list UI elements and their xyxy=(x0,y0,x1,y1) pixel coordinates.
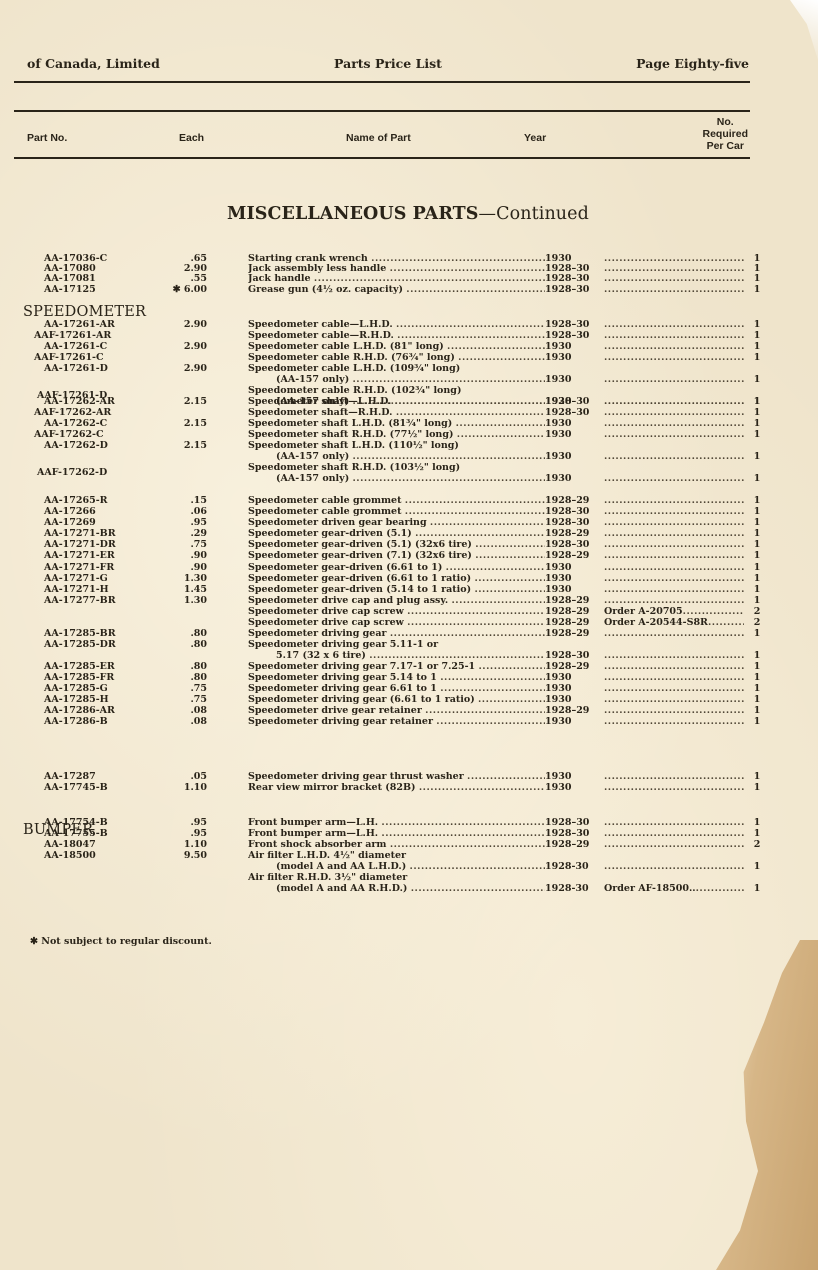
leader-dots: ........................................… xyxy=(430,518,545,528)
leader-dots: ........................................… xyxy=(604,254,744,264)
year: 1928–29 xyxy=(545,629,589,640)
table-row: AA-17285-DR.80Speedometer driving gear 5… xyxy=(0,640,818,651)
table-row: AA-17271-DR.75Speedometer gear-driven (5… xyxy=(0,540,818,551)
table-row: AA-17286-AR.08Speedometer drive gear ret… xyxy=(0,706,818,717)
order-note: ........................................… xyxy=(604,274,744,285)
order-note: ........................................… xyxy=(604,419,744,430)
leader-dots: ........................................… xyxy=(474,585,545,595)
leader-dots: ........................................… xyxy=(604,397,744,407)
rule-top xyxy=(14,81,750,83)
price-each: .90 xyxy=(165,551,207,562)
table-row: AA-17285-G.75Speedometer driving gear 6.… xyxy=(0,684,818,695)
leader-dots: ........................................… xyxy=(604,496,744,506)
year: 1930 xyxy=(545,783,571,794)
order-note: ........................................… xyxy=(604,596,744,607)
year: 1928-30 xyxy=(545,862,589,873)
order-note: ........................................… xyxy=(604,695,744,706)
leader-dots: ........................................… xyxy=(604,285,744,295)
part-name: Front bumper arm—L.H. xyxy=(248,829,378,839)
leader-dots: ........................................… xyxy=(371,254,545,264)
part-name: Jack assembly less handle xyxy=(248,264,386,274)
year: 1930 xyxy=(545,430,571,441)
part-name-cell: Speedometer driven gear bearing ........… xyxy=(248,518,545,529)
leader-dots: ........................................… xyxy=(369,651,545,661)
order-note: ........................................… xyxy=(604,706,744,717)
part-number: AA-17277-BR xyxy=(44,596,116,607)
leader-dots: ........................................… xyxy=(314,274,545,284)
part-name: Speedometer cable R.H.D. (102¾" long) xyxy=(248,386,545,397)
part-name: Speedometer gear-driven (5.14 to 1 ratio… xyxy=(248,585,471,595)
part-name-cell: Speedometer shaft—L.H.D. ...............… xyxy=(248,397,545,408)
table-row: AA-17265-R.15Speedometer cable grommet .… xyxy=(0,496,818,507)
table-row: AA-17277-BR1.30Speedometer drive cap and… xyxy=(0,596,818,607)
quantity-required: 1 xyxy=(752,430,762,441)
quantity-required: 1 xyxy=(752,862,762,873)
table-row: AAF-17261-ARSpeedometer cable—R.H.D. ...… xyxy=(0,331,818,342)
leader-dots: ........................................… xyxy=(381,829,545,839)
part-name: Speedometer drive gear retainer xyxy=(248,706,422,716)
leader-dots: ........................................… xyxy=(604,673,744,683)
leader-dots: ........................................… xyxy=(604,840,744,850)
part-name: Rear view mirror bracket (82B) xyxy=(248,783,416,793)
table-row: AA-17271-G1.30Speedometer gear-driven (6… xyxy=(0,574,818,585)
order-note: ........................................… xyxy=(604,862,744,873)
table-row: AA-17262-D2.15Speedometer shaft L.H.D. (… xyxy=(0,441,818,452)
leader-dots: ........................................… xyxy=(604,452,744,462)
part-name: Speedometer cable grommet xyxy=(248,496,401,506)
leader-dots: ........................................… xyxy=(390,629,545,639)
part-name: Speedometer cable L.H.D. (109¾" long) xyxy=(248,364,545,375)
part-name-cell: Speedometer cable R.H.D. (76¾" long) ...… xyxy=(248,353,545,364)
part-name-cell: Speedometer driving gear 6.61 to 1 .....… xyxy=(248,684,545,695)
table-row: AA-17285-H.75Speedometer driving gear (6… xyxy=(0,695,818,706)
order-note: Order A-20705...........................… xyxy=(604,607,744,618)
leader-dots: ........................................… xyxy=(353,452,546,462)
part-name: Speedometer driving gear 6.61 to 1 xyxy=(248,684,437,694)
part-name: Speedometer shaft L.H.D. (110½" long) xyxy=(248,441,545,452)
leader-dots: ........................................… xyxy=(447,342,545,352)
order-note: ........................................… xyxy=(604,331,744,342)
leader-dots: ........................................… xyxy=(396,408,545,418)
table-row: AA-17285-BR.80Speedometer driving gear .… xyxy=(0,629,818,640)
order-note: ........................................… xyxy=(604,829,744,840)
part-name-cell: Speedometer cable grommet ..............… xyxy=(248,496,545,507)
leader-dots: ........................................… xyxy=(396,320,545,330)
part-name-cell: Speedometer cable—R.H.D. ...............… xyxy=(248,331,545,342)
table-row: AAF-17261-CSpeedometer cable R.H.D. (76¾… xyxy=(0,353,818,364)
price-each: 2.90 xyxy=(165,320,207,331)
column-header-name: Name of Part xyxy=(346,132,411,144)
table-row: AA-17271-ER.90Speedometer gear-driven (7… xyxy=(0,551,818,562)
column-header-part-no: Part No. xyxy=(27,132,67,144)
leader-dots: ........................................… xyxy=(604,717,744,727)
part-name: Speedometer drive cap screw xyxy=(248,607,404,617)
part-name-cell: Speedometer driving gear 7.17-1 or 7.25-… xyxy=(248,662,545,673)
part-name-cell: Speedometer cable—L.H.D. ...............… xyxy=(248,320,545,331)
order-note: ........................................… xyxy=(604,430,744,441)
leader-dots: ........................................… xyxy=(475,540,545,550)
leader-dots: ........................................… xyxy=(456,419,545,429)
leader-dots: ........................................… xyxy=(406,285,545,295)
table-row: AA-17269.95Speedometer driven gear beari… xyxy=(0,518,818,529)
footnote: ✱ Not subject to regular discount. xyxy=(30,936,212,947)
leader-dots: ........................................… xyxy=(604,518,744,528)
part-name-cell: Jack handle ............................… xyxy=(248,274,545,285)
part-name: Jack handle xyxy=(248,274,311,284)
part-name: Grease gun (4½ oz. capacity) xyxy=(248,285,403,295)
table-row: AAF-17262-CSpeedometer shaft R.H.D. (77½… xyxy=(0,430,818,441)
part-name: Speedometer shaft—L.H.D. xyxy=(248,397,391,407)
part-name-cell: Speedometer drive cap screw ............… xyxy=(248,618,545,629)
part-name: Speedometer driving gear (6.61 to 1 rati… xyxy=(248,695,475,705)
quantity-required: 2 xyxy=(752,840,762,851)
leader-dots: ........................................… xyxy=(425,706,545,716)
leader-dots: ........................................… xyxy=(604,540,744,550)
part-name-line2: (AA-157 only) xyxy=(276,452,349,462)
part-name-cell: Speedometer driving gear thrust washer .… xyxy=(248,772,545,783)
part-name-cell: Speedometer cable L.H.D. (81" long) ....… xyxy=(248,342,545,353)
order-note: ........................................… xyxy=(604,496,744,507)
leader-dots: ........................................… xyxy=(604,829,744,839)
leader-dots: ........................................… xyxy=(407,618,545,628)
part-name: Speedometer cable L.H.D. (81" long) xyxy=(248,342,444,352)
year: 1928–29 xyxy=(545,840,589,851)
order-note: ........................................… xyxy=(604,840,744,851)
quantity-required: 1 xyxy=(752,783,762,794)
order-note: Order A-20544-S8R.......................… xyxy=(604,618,744,629)
part-name: Speedometer driving gear 7.17-1 or 7.25-… xyxy=(248,662,475,672)
part-number: AA-17125 xyxy=(44,285,96,296)
part-name-cell: Front bumper arm—L.H. ..................… xyxy=(248,818,545,829)
table-row: AA-17271-FR.90Speedometer gear-driven (6… xyxy=(0,563,818,574)
order-note-text: Order A-20705 xyxy=(604,607,683,617)
part-name-continued: 5.17 (32 x 6 tire) .....................… xyxy=(276,651,545,662)
leader-dots: ........................................… xyxy=(397,331,545,341)
quantity-required: 1 xyxy=(752,629,762,640)
section-title-continued: —Continued xyxy=(479,204,589,224)
leader-dots: ........................................… xyxy=(604,684,744,694)
leader-dots: ........................................… xyxy=(683,607,744,617)
leader-dots: ........................................… xyxy=(436,717,545,727)
price-each: 2.90 xyxy=(165,342,207,353)
rule-header-bottom xyxy=(14,157,750,159)
year: 1930 xyxy=(545,353,571,364)
part-name: Speedometer driven gear bearing xyxy=(248,518,427,528)
table-row: AA-17287.05Speedometer driving gear thru… xyxy=(0,772,818,783)
part-name-continued: (model A and AA L.H.D.) ................… xyxy=(276,862,545,873)
column-headers: Part No. Each Name of Part Year No. Requ… xyxy=(14,112,750,154)
part-name-line2: (AA-157 only) xyxy=(276,375,349,385)
table-row: Speedometer drive cap screw ............… xyxy=(0,618,818,629)
leader-dots: ........................................… xyxy=(604,651,744,661)
part-name-line2: 5.17 (32 x 6 tire) xyxy=(276,651,366,661)
part-name-cell: Rear view mirror bracket (82B) .........… xyxy=(248,783,545,794)
part-name-cell: Speedometer drive cap and plug assy. ...… xyxy=(248,596,545,607)
part-name: Speedometer shaft L.H.D. (81¾" long) xyxy=(248,419,452,429)
part-name: Speedometer gear-driven (7.1) (32x6 tire… xyxy=(248,551,472,561)
quantity-required: 1 xyxy=(752,285,762,296)
order-note: ........................................… xyxy=(604,518,744,529)
year: 1930 xyxy=(545,474,571,485)
leader-dots: ........................................… xyxy=(390,840,545,850)
part-name: Speedometer cable R.H.D. (76¾" long) xyxy=(248,353,455,363)
leader-dots: ........................................… xyxy=(395,397,545,407)
part-name: Speedometer cable grommet xyxy=(248,507,401,517)
order-note: ........................................… xyxy=(604,397,744,408)
order-note: ........................................… xyxy=(604,529,744,540)
leader-dots: ........................................… xyxy=(604,507,744,517)
leader-dots: ........................................… xyxy=(604,862,744,872)
part-name: Speedometer gear-driven (6.61 to 1) xyxy=(248,563,442,573)
leader-dots: ........................................… xyxy=(446,563,545,573)
table-row: AA-17271-BR.29Speedometer gear-driven (5… xyxy=(0,529,818,540)
table-row: AA-185009.50Air filter L.H.D. 4½" diamet… xyxy=(0,851,818,862)
table-row: AA-17285-ER.80Speedometer driving gear 7… xyxy=(0,662,818,673)
leader-dots: ........................................… xyxy=(604,353,744,363)
column-header-each: Each xyxy=(179,132,204,144)
leader-dots: ........................................… xyxy=(604,430,744,440)
leader-dots: ........................................… xyxy=(419,783,545,793)
part-number: AA-17745-B xyxy=(44,783,108,794)
price-each: 1.30 xyxy=(165,596,207,607)
leader-dots: ........................................… xyxy=(415,529,545,539)
subhead-speedometer: SPEEDOMETER xyxy=(23,304,146,320)
column-header-year: Year xyxy=(524,132,546,144)
table-row: AA-17261-D2.90Speedometer cable L.H.D. (… xyxy=(0,364,818,375)
part-number: AA-18500 xyxy=(44,851,96,862)
part-name-cell: Speedometer cable grommet ..............… xyxy=(248,507,545,518)
section-title: MISCELLANEOUS PARTS—Continued xyxy=(40,204,776,224)
order-note: ........................................… xyxy=(604,474,744,485)
table-row: AA-17125✱ 6.00Grease gun (4½ oz. capacit… xyxy=(0,285,818,296)
part-name: Speedometer shaft R.H.D. (103½" long) xyxy=(248,463,545,474)
leader-dots: ........................................… xyxy=(696,884,744,894)
table-row: AA-17755-B.95Front bumper arm—L.H. .....… xyxy=(0,829,818,840)
part-name: Speedometer driving gear 5.11-1 or xyxy=(248,640,545,651)
leader-dots: ........................................… xyxy=(467,772,545,782)
part-name: Speedometer shaft—R.H.D. xyxy=(248,408,393,418)
part-name-cell: Speedometer shaft L.H.D. (81¾" long) ...… xyxy=(248,419,545,430)
section-title-main: MISCELLANEOUS PARTS xyxy=(227,204,478,224)
order-note: ........................................… xyxy=(604,551,744,562)
price-each: 2.15 xyxy=(165,419,207,430)
price-each: .08 xyxy=(165,717,207,728)
leader-dots: ........................................… xyxy=(405,496,545,506)
price-each: 2.15 xyxy=(165,441,207,452)
order-note: ........................................… xyxy=(604,717,744,728)
leader-dots: ........................................… xyxy=(604,375,744,385)
leader-dots: ........................................… xyxy=(440,684,545,694)
leader-dots: ........................................… xyxy=(604,662,744,672)
part-number: AAF-17262-D xyxy=(37,468,107,479)
part-name-continued: (model A and AA R.H.D.) ................… xyxy=(276,884,545,895)
leader-dots: ........................................… xyxy=(604,574,744,584)
part-name-cell: Speedometer driving gear 5.14 to 1 .....… xyxy=(248,673,545,684)
leader-dots: ........................................… xyxy=(478,695,545,705)
part-name-cell: Grease gun (4½ oz. capacity) ...........… xyxy=(248,285,545,296)
year: 1928–29 xyxy=(545,551,589,562)
order-note: ........................................… xyxy=(604,342,744,353)
part-name-cell: Speedometer driving gear ...............… xyxy=(248,629,545,640)
leader-dots: ........................................… xyxy=(604,320,744,330)
order-note: ........................................… xyxy=(604,563,744,574)
order-note: ........................................… xyxy=(604,783,744,794)
table-row: AAF-17261-DSpeedometer cable R.H.D. (102… xyxy=(0,386,818,397)
leader-dots: ........................................… xyxy=(604,274,744,284)
company-name: of Canada, Limited xyxy=(27,56,160,71)
part-name: Speedometer driving gear xyxy=(248,629,387,639)
year: 1930 xyxy=(545,717,571,728)
part-name-continued: (AA-157 only) ..........................… xyxy=(276,452,545,463)
part-name: Speedometer shaft R.H.D. (77½" long) xyxy=(248,430,453,440)
part-name: Speedometer driving gear 5.14 to 1 xyxy=(248,673,437,683)
part-number: AA-17271-ER xyxy=(44,551,115,562)
order-note: ........................................… xyxy=(604,320,744,331)
leader-dots: ........................................… xyxy=(440,673,545,683)
leader-dots: ........................................… xyxy=(604,596,744,606)
table-row: Speedometer drive cap screw ............… xyxy=(0,607,818,618)
leader-dots: ........................................… xyxy=(604,585,744,595)
part-name: Air filter L.H.D. 4½" diameter xyxy=(248,851,545,862)
leader-dots: ........................................… xyxy=(451,596,545,606)
table-row: AAF-17262-DSpeedometer shaft R.H.D. (103… xyxy=(0,463,818,474)
part-name-line2: (model A and AA L.H.D.) xyxy=(276,862,406,872)
part-name: Starting crank wrench xyxy=(248,254,368,264)
leader-dots: ........................................… xyxy=(604,474,744,484)
part-name: Front bumper arm—L.H. xyxy=(248,818,378,828)
part-name: Speedometer cable—R.H.D. xyxy=(248,331,394,341)
leader-dots: ........................................… xyxy=(604,563,744,573)
part-name-line2: (AA-157 only) xyxy=(276,474,349,484)
part-name-cell: Speedometer gear-driven (6.61 to 1) ....… xyxy=(248,563,545,574)
table-row: Air filter R.H.D. 3½" diameter(model A a… xyxy=(0,873,818,884)
part-name-cell: Speedometer shaft—R.H.D. ...............… xyxy=(248,408,545,419)
quantity-required: 1 xyxy=(752,717,762,728)
leader-dots: ........................................… xyxy=(604,629,744,639)
order-note: ........................................… xyxy=(604,540,744,551)
leader-dots: ........................................… xyxy=(604,264,744,274)
quantity-required: 1 xyxy=(752,452,762,463)
part-name-cell: Speedometer shaft R.H.D. (77½" long) ...… xyxy=(248,430,545,441)
leader-dots: ........................................… xyxy=(405,507,545,517)
order-note: ........................................… xyxy=(604,673,744,684)
price-each: 2.90 xyxy=(165,364,207,375)
year: 1930 xyxy=(545,375,571,386)
order-note: ........................................… xyxy=(604,684,744,695)
part-name: Front shock absorber arm xyxy=(248,840,387,850)
part-name-cell: Front shock absorber arm ...............… xyxy=(248,840,545,851)
part-number: AA-17262-D xyxy=(44,441,108,452)
table-row: AAF-17262-ARSpeedometer shaft—R.H.D. ...… xyxy=(0,408,818,419)
order-note: ........................................… xyxy=(604,353,744,364)
table-row: AA-17261-C2.90Speedometer cable L.H.D. (… xyxy=(0,342,818,353)
leader-dots: ........................................… xyxy=(390,264,545,274)
leader-dots: ........................................… xyxy=(411,884,545,894)
leader-dots: ........................................… xyxy=(604,331,744,341)
part-name: Speedometer drive cap screw xyxy=(248,618,404,628)
leader-dots: ........................................… xyxy=(604,342,744,352)
leader-dots: ........................................… xyxy=(604,419,744,429)
leader-dots: ........................................… xyxy=(353,375,546,385)
part-name-continued: (AA-157 only) ..........................… xyxy=(276,474,545,485)
order-note: ........................................… xyxy=(604,507,744,518)
order-note: Order AF-18500..........................… xyxy=(604,884,744,895)
quantity-required: 1 xyxy=(752,551,762,562)
order-note: ........................................… xyxy=(604,452,744,463)
order-note: ........................................… xyxy=(604,629,744,640)
quantity-required: 1 xyxy=(752,375,762,386)
order-note: ........................................… xyxy=(604,574,744,585)
year: 1928–30 xyxy=(545,285,589,296)
year: 1930 xyxy=(545,452,571,463)
quantity-required: 1 xyxy=(752,884,762,895)
part-name: Speedometer drive cap and plug assy. xyxy=(248,596,448,606)
table-row: AA-180471.10Front shock absorber arm ...… xyxy=(0,840,818,851)
quantity-required: 1 xyxy=(752,353,762,364)
price-each: 2.15 xyxy=(165,397,207,408)
part-name-continued: (AA-157 only) ..........................… xyxy=(276,375,545,386)
part-name-cell: Speedometer driving gear (6.61 to 1 rati… xyxy=(248,695,545,706)
part-name-cell: Speedometer gear-driven (7.1) (32x6 tire… xyxy=(248,551,545,562)
part-name-cell: Speedometer drive gear retainer ........… xyxy=(248,706,545,717)
quantity-required: 1 xyxy=(752,474,762,485)
part-name: Speedometer gear-driven (5.1) (32x6 tire… xyxy=(248,540,472,550)
order-note-text: Order A-20544-S8R xyxy=(604,618,708,628)
price-each: ✱ 6.00 xyxy=(165,285,207,296)
part-name: Speedometer gear-driven (6.61 to 1 ratio… xyxy=(248,574,471,584)
table-row: AA-17745-B1.10Rear view mirror bracket (… xyxy=(0,783,818,794)
leader-dots: ........................................… xyxy=(475,551,545,561)
table-row: AA-17266.06Speedometer cable grommet ...… xyxy=(0,507,818,518)
part-name: Speedometer cable—L.H.D. xyxy=(248,320,393,330)
table-row: AA-17262-AR2.15Speedometer shaft—L.H.D. … xyxy=(0,397,818,408)
table-row: AA-17271-H1.45Speedometer gear-driven (5… xyxy=(0,585,818,596)
leader-dots: ........................................… xyxy=(457,430,545,440)
part-number: AA-17286-B xyxy=(44,717,108,728)
price-each: 1.10 xyxy=(165,783,207,794)
paper-stain xyxy=(698,940,818,1270)
leader-dots: ........................................… xyxy=(604,408,744,418)
part-name-line2: (model A and AA R.H.D.) xyxy=(276,884,407,894)
torn-corner xyxy=(790,0,818,60)
leader-dots: ........................................… xyxy=(381,818,545,828)
part-name-cell: Speedometer gear-driven (5.14 to 1 ratio… xyxy=(248,585,545,596)
part-number: AA-17261-D xyxy=(44,364,108,375)
order-note: ........................................… xyxy=(604,772,744,783)
part-name: Speedometer driving gear retainer xyxy=(248,717,433,727)
leader-dots: ........................................… xyxy=(478,662,545,672)
part-name-cell: Speedometer driving gear retainer ......… xyxy=(248,717,545,728)
table-row: AA-17262-C2.15Speedometer shaft L.H.D. (… xyxy=(0,419,818,430)
leader-dots: ........................................… xyxy=(604,695,744,705)
table-row: AA-17081.55Jack handle .................… xyxy=(0,274,818,285)
leader-dots: ........................................… xyxy=(474,574,545,584)
part-name-cell: Speedometer gear-driven (5.1) ..........… xyxy=(248,529,545,540)
part-name-cell: Speedometer gear-driven (5.1) (32x6 tire… xyxy=(248,540,545,551)
part-name: Speedometer gear-driven (5.1) xyxy=(248,529,412,539)
order-note: ........................................… xyxy=(604,818,744,829)
table-row: AA-17285-FR.80Speedometer driving gear 5… xyxy=(0,673,818,684)
leader-dots: ........................................… xyxy=(458,353,545,363)
year: 1928-30 xyxy=(545,884,589,895)
running-head: of Canada, Limited Parts Price List Page… xyxy=(27,56,749,71)
leader-dots: ........................................… xyxy=(604,706,744,716)
page-number: Page Eighty-five xyxy=(636,56,749,71)
order-note: ........................................… xyxy=(604,662,744,673)
order-note: ........................................… xyxy=(604,285,744,296)
table-row: AA-17754-B.95Front bumper arm—L.H. .....… xyxy=(0,818,818,829)
order-note: ........................................… xyxy=(604,375,744,386)
